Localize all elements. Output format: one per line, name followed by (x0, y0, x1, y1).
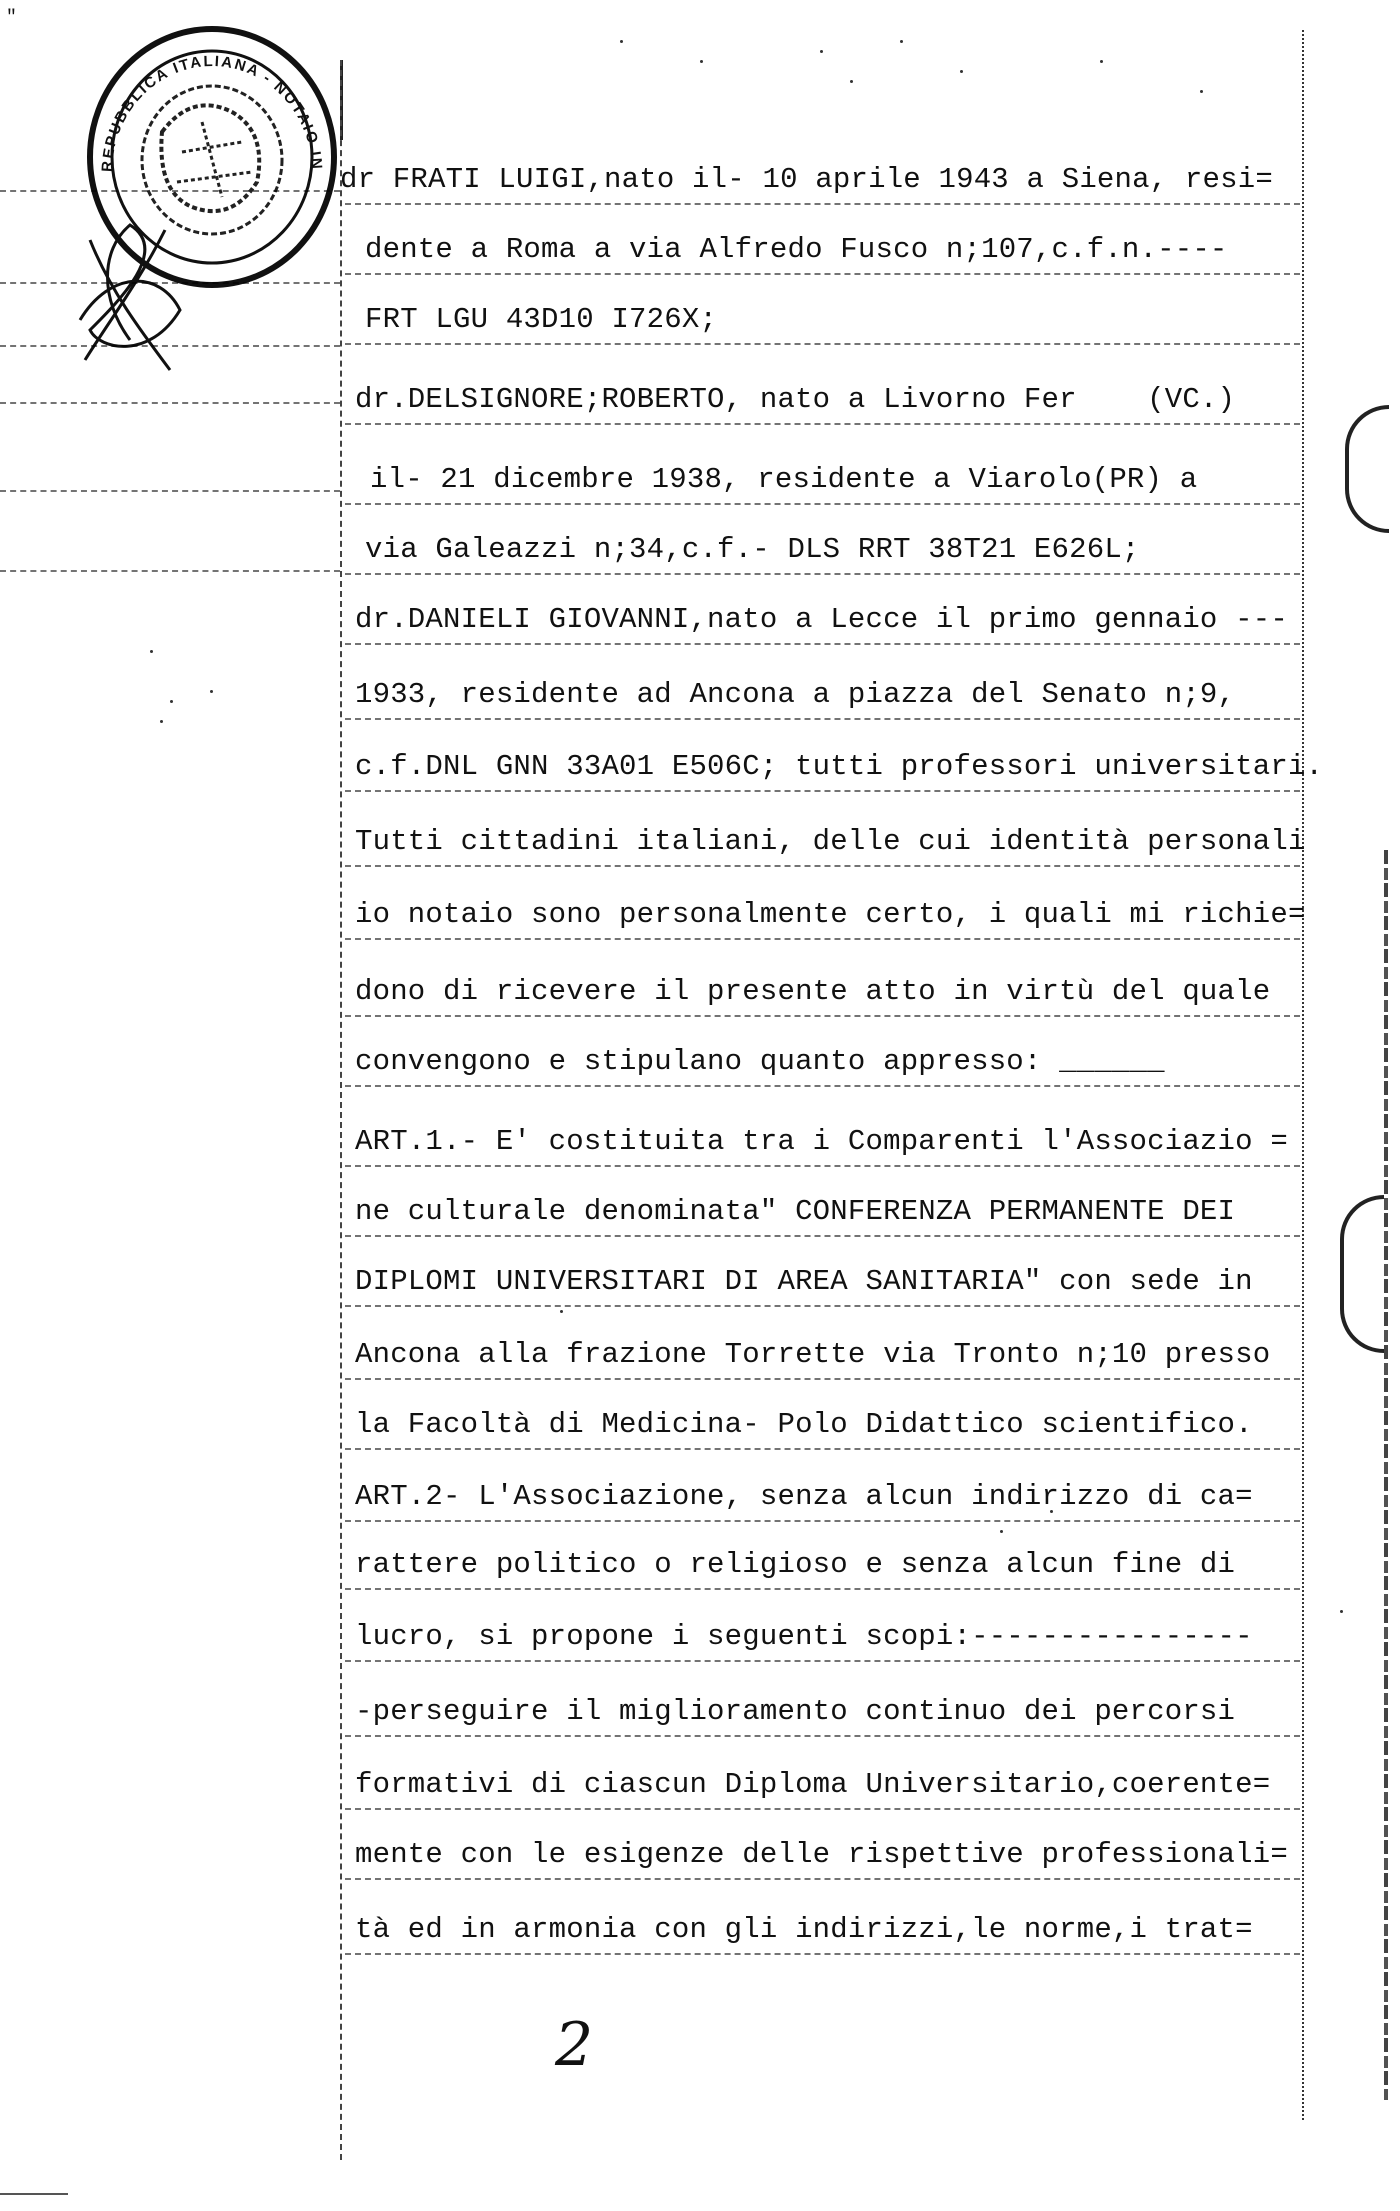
ruled-guide-line (345, 643, 1300, 645)
document-line: ART.2- L'Associazione, senza alcun indir… (355, 1480, 1253, 1514)
binding-edge (1384, 850, 1388, 2100)
ruled-guide-line (345, 1660, 1300, 1662)
scan-speck (1340, 1610, 1343, 1613)
scan-speck (1050, 1510, 1053, 1513)
ruled-guide-line (345, 1808, 1300, 1810)
ruled-guide-line (345, 1588, 1300, 1590)
ruled-guide-line (345, 718, 1300, 720)
ruled-guide-line (345, 203, 1300, 205)
document-line: ne culturale denominata" CONFERENZA PERM… (355, 1195, 1235, 1229)
document-line: rattere politico o religioso e senza alc… (355, 1548, 1235, 1582)
ruled-guide-line (345, 1953, 1300, 1955)
margin-guide-line (0, 402, 340, 404)
margin-mark: " (6, 8, 17, 28)
scan-speck (820, 50, 823, 53)
document-line: dr.DANIELI GIOVANNI,nato a Lecce il prim… (355, 603, 1288, 637)
ruled-guide-line (345, 343, 1300, 345)
document-line: il- 21 dicembre 1938, residente a Viarol… (370, 463, 1197, 497)
document-line: FRT LGU 43D10 I726X; (365, 303, 717, 337)
ruled-guide-line (345, 1878, 1300, 1880)
scan-speck (960, 70, 963, 73)
ruled-guide-line (345, 1015, 1300, 1017)
ruled-guide-line (345, 1448, 1300, 1450)
ruled-guide-line (345, 423, 1300, 425)
ruled-guide-line (345, 865, 1300, 867)
ruled-guide-line (345, 573, 1300, 575)
document-line: ART.1.- E' costituita tra i Comparenti l… (355, 1125, 1288, 1159)
document-line: dr FRATI LUIGI,nato il- 10 aprile 1943 a… (340, 163, 1273, 197)
document-line: DIPLOMI UNIVERSITARI DI AREA SANITARIA" … (355, 1265, 1253, 1299)
document-line: lucro, si propone i seguenti scopi:-----… (355, 1620, 1253, 1654)
document-line: 1933, residente ad Ancona a piazza del S… (355, 678, 1235, 712)
ruled-guide-line (345, 938, 1300, 940)
document-line: io notaio sono personalmente certo, i qu… (355, 898, 1306, 932)
ruled-guide-line (345, 1735, 1300, 1737)
document-line: dr.DELSIGNORE;ROBERTO, nato a Livorno Fe… (355, 383, 1235, 417)
ruled-guide-line (345, 790, 1300, 792)
scan-speck (850, 80, 853, 83)
ruled-guide-line (345, 1378, 1300, 1380)
document-line: la Facoltà di Medicina- Polo Didattico s… (355, 1408, 1253, 1442)
margin-guide-line (0, 190, 340, 192)
ruled-guide-line (345, 1520, 1300, 1522)
document-line: dente a Roma a via Alfredo Fusco n;107,c… (365, 233, 1228, 267)
scan-speck (900, 40, 903, 43)
margin-guide-line (0, 345, 340, 347)
ruled-guide-line (345, 1235, 1300, 1237)
document-line: formativi di ciascun Diploma Universitar… (355, 1768, 1270, 1802)
scanned-document-page: " REPUBBLICA ITALIANA - NOTAIO IN ANCONA… (0, 0, 1400, 2211)
ruled-guide-line (345, 1085, 1300, 1087)
ruled-guide-line (345, 1165, 1300, 1167)
scan-speck (560, 1310, 563, 1313)
ruled-guide-line (345, 503, 1300, 505)
scan-speck (210, 690, 213, 693)
document-line: mente con le esigenze delle rispettive p… (355, 1838, 1288, 1872)
scan-speck (1100, 60, 1103, 63)
margin-guide-line (0, 282, 340, 284)
scan-speck (150, 650, 153, 653)
document-line: convengono e stipulano quanto appresso: … (355, 1045, 1165, 1079)
margin-guide-line (0, 570, 340, 572)
margin-guide-line (0, 490, 340, 492)
scan-speck (170, 700, 173, 703)
document-line: c.f.DNL GNN 33A01 E506C; tutti professor… (355, 750, 1323, 784)
scan-speck (160, 720, 163, 723)
document-line: -perseguire il miglioramento continuo de… (355, 1695, 1235, 1729)
scan-speck (1000, 1530, 1003, 1533)
document-line: Tutti cittadini italiani, delle cui iden… (355, 825, 1306, 859)
partial-seal-arc (1340, 1195, 1384, 1353)
document-line: Ancona alla frazione Torrette via Tronto… (355, 1338, 1270, 1372)
partial-seal-arc (1345, 405, 1389, 533)
ruled-guide-line (345, 1305, 1300, 1307)
signature (70, 210, 190, 380)
scan-speck (1200, 90, 1203, 93)
left-margin-rule-dashed (340, 60, 342, 2160)
scan-speck (700, 60, 703, 63)
page-number: 2 (555, 2010, 593, 2080)
document-line: dono di ricevere il presente atto in vir… (355, 975, 1270, 1009)
document-line: tà ed in armonia con gli indirizzi,le no… (355, 1913, 1253, 1947)
ruled-guide-line (345, 273, 1300, 275)
document-line: via Galeazzi n;34,c.f.- DLS RRT 38T21 E6… (365, 533, 1140, 567)
bottom-rule (0, 2193, 68, 2195)
scan-speck (620, 40, 623, 43)
right-margin-rule (1302, 30, 1304, 2120)
